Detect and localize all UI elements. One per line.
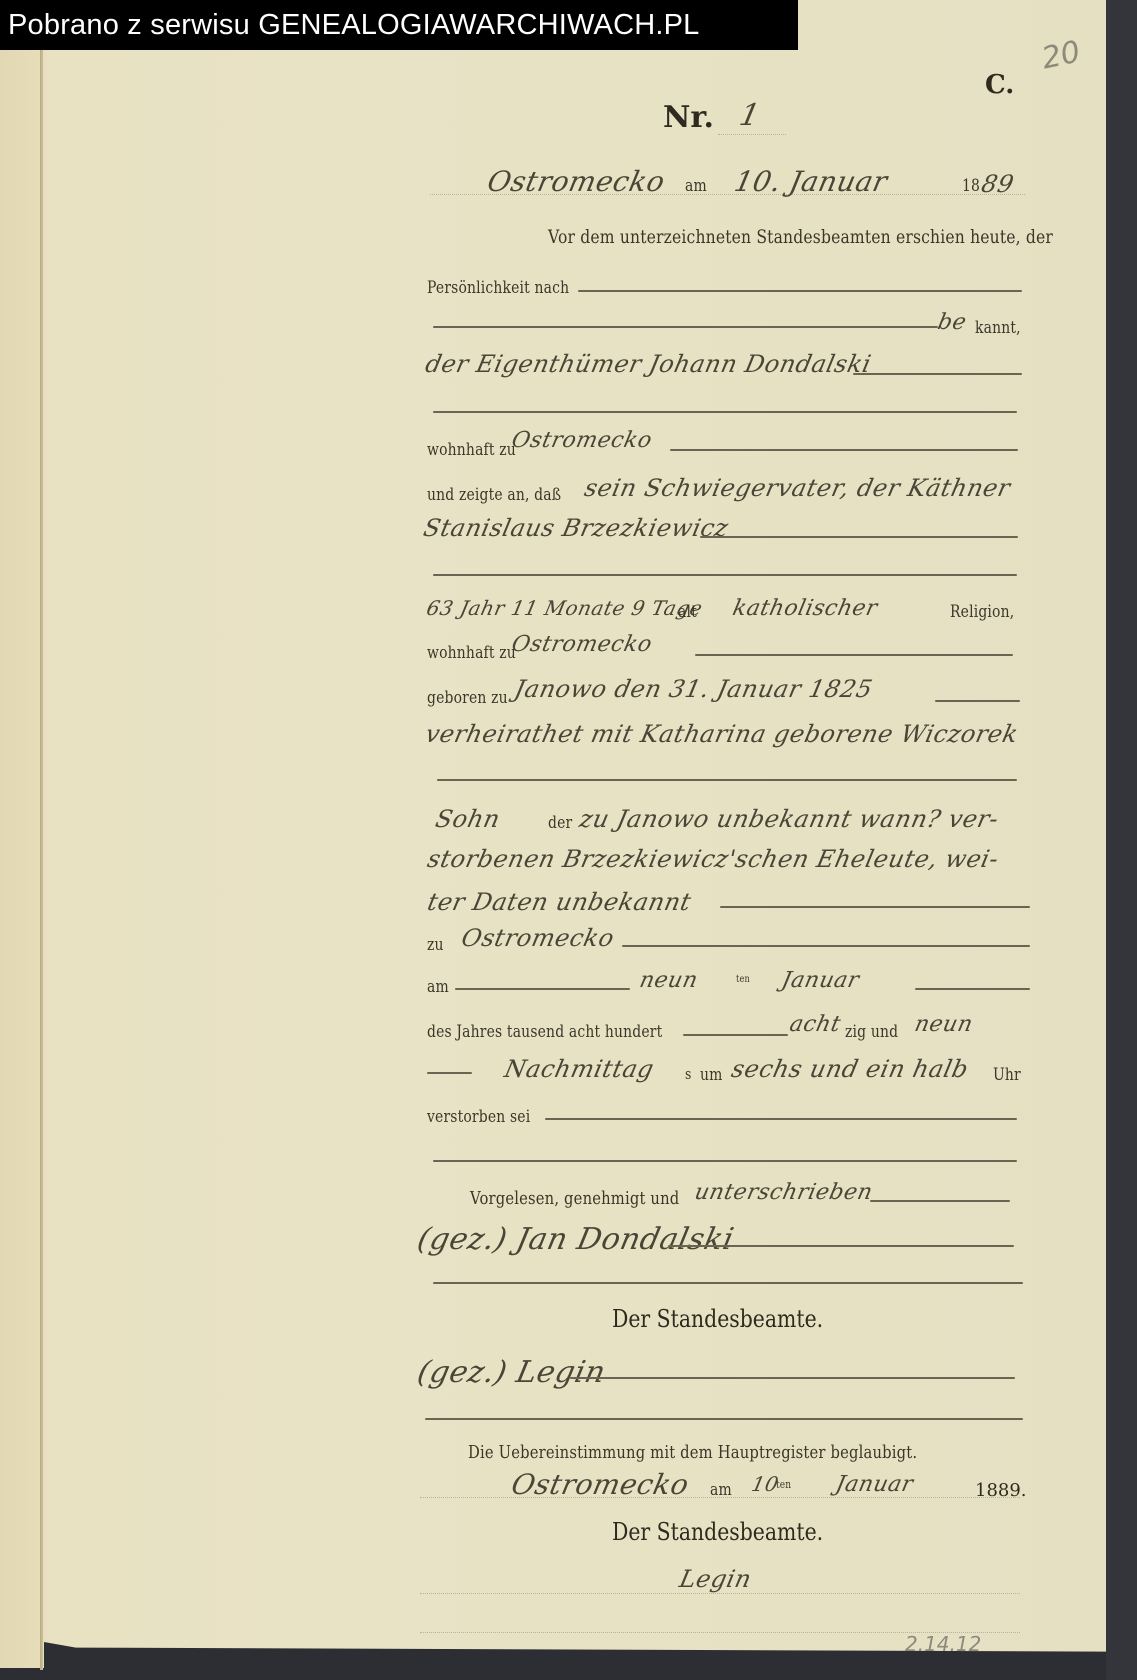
died-label: verstorben sei <box>427 1107 530 1127</box>
death-year-tens: acht <box>787 1012 843 1037</box>
parents-line-2: storbenen Brzezkiewicz'schen Eheleute, w… <box>425 845 1001 873</box>
page-gutter-fold <box>40 40 43 1670</box>
am-label: am <box>685 176 707 196</box>
known-label: kannt, <box>975 318 1021 338</box>
reported-label: und zeigte an, daß <box>427 485 561 505</box>
deceased-relation: sein Schwiegervater, der Käthner <box>582 474 1013 502</box>
read-hand: unterschrieben <box>692 1180 875 1205</box>
deceased-residence-label: wohnhaft zu <box>427 643 516 663</box>
born-value: Janowo den 31. Januar 1825 <box>512 675 875 703</box>
declarant-signature: (gez.) Jan Dondalski <box>414 1222 737 1257</box>
cert-year: 1889. <box>975 1480 1027 1501</box>
source-watermark-banner: Pobrano z serwisu GENEALOGIAWARCHIWACH.P… <box>0 0 798 50</box>
cert-day-suffix: ten <box>776 1478 791 1491</box>
parents-line-3: ter Daten unbekannt <box>425 888 694 916</box>
registrar-signature: (gez.) Legin <box>414 1355 608 1390</box>
deceased-residence: Ostromecko <box>509 632 654 657</box>
born-label: geboren zu <box>427 688 508 708</box>
death-day: neun <box>637 968 700 993</box>
death-day-suffix: ten <box>736 974 750 985</box>
identity-label: Persönlichkeit nach <box>427 278 569 298</box>
cert-month: Januar <box>833 1472 915 1497</box>
son-hand: Sohn <box>433 805 503 833</box>
year-handwritten: 89 <box>979 170 1016 198</box>
year-prefix: 18 <box>962 176 980 196</box>
death-year-label: des Jahres tausend acht hundert <box>427 1022 662 1042</box>
death-month: Januar <box>779 968 861 993</box>
time-value: sechs und ein halb <box>729 1055 971 1083</box>
religion-label: Religion, <box>950 602 1014 622</box>
age-label: alt <box>678 602 697 622</box>
cert-am: am <box>710 1480 732 1500</box>
death-year-units: neun <box>912 1012 975 1037</box>
religion-value: katholischer <box>730 596 879 621</box>
time-uhr: Uhr <box>993 1065 1021 1085</box>
registrar-title: Der Standesbeamte. <box>612 1305 823 1333</box>
form-letter: C. <box>985 70 1014 100</box>
place-value: Ostromecko <box>484 165 667 198</box>
known-hand: be <box>935 310 968 335</box>
cert-registrar-title: Der Standesbeamte. <box>612 1518 823 1546</box>
age-value: 63 Jahr 11 Monate 9 Tage <box>424 596 704 620</box>
parents-line-1: zu Janowo unbekannt wann? ver- <box>577 805 1001 833</box>
time-um: um <box>700 1065 723 1085</box>
time-of-day: Nachmittag <box>502 1055 657 1083</box>
scan-background-right <box>1106 0 1137 1680</box>
deceased-name: Stanislaus Brzezkiewicz <box>421 514 731 542</box>
declarant-name: der Eigenthümer Johann Dondalski <box>423 350 874 378</box>
death-year-zig: zig und <box>845 1022 898 1042</box>
residence-label: wohnhaft zu <box>427 440 516 460</box>
date-month: Januar <box>786 165 890 198</box>
death-place-label: zu <box>427 935 444 955</box>
archive-pencil-number: 2.14.12 <box>905 1632 981 1656</box>
intro-text: Vor dem unterzeichneten Standesbeamten e… <box>548 226 1053 248</box>
declarant-residence: Ostromecko <box>509 428 654 453</box>
death-place: Ostromecko <box>459 924 617 952</box>
cert-place: Ostromecko <box>508 1468 691 1501</box>
married-value: verheirathet mit Katharina geborene Wicz… <box>423 720 1021 748</box>
time-s: s <box>685 1065 691 1083</box>
son-label: der <box>548 813 572 833</box>
cert-signature: Legin <box>677 1565 754 1593</box>
certified-text: Die Uebereinstimmung mit dem Hauptregist… <box>468 1442 917 1463</box>
death-day-label: am <box>427 977 449 997</box>
read-label: Vorgelesen, genehmigt und <box>470 1188 679 1209</box>
date-day: 10. <box>731 165 784 198</box>
record-number-label: Nr. <box>663 100 714 135</box>
